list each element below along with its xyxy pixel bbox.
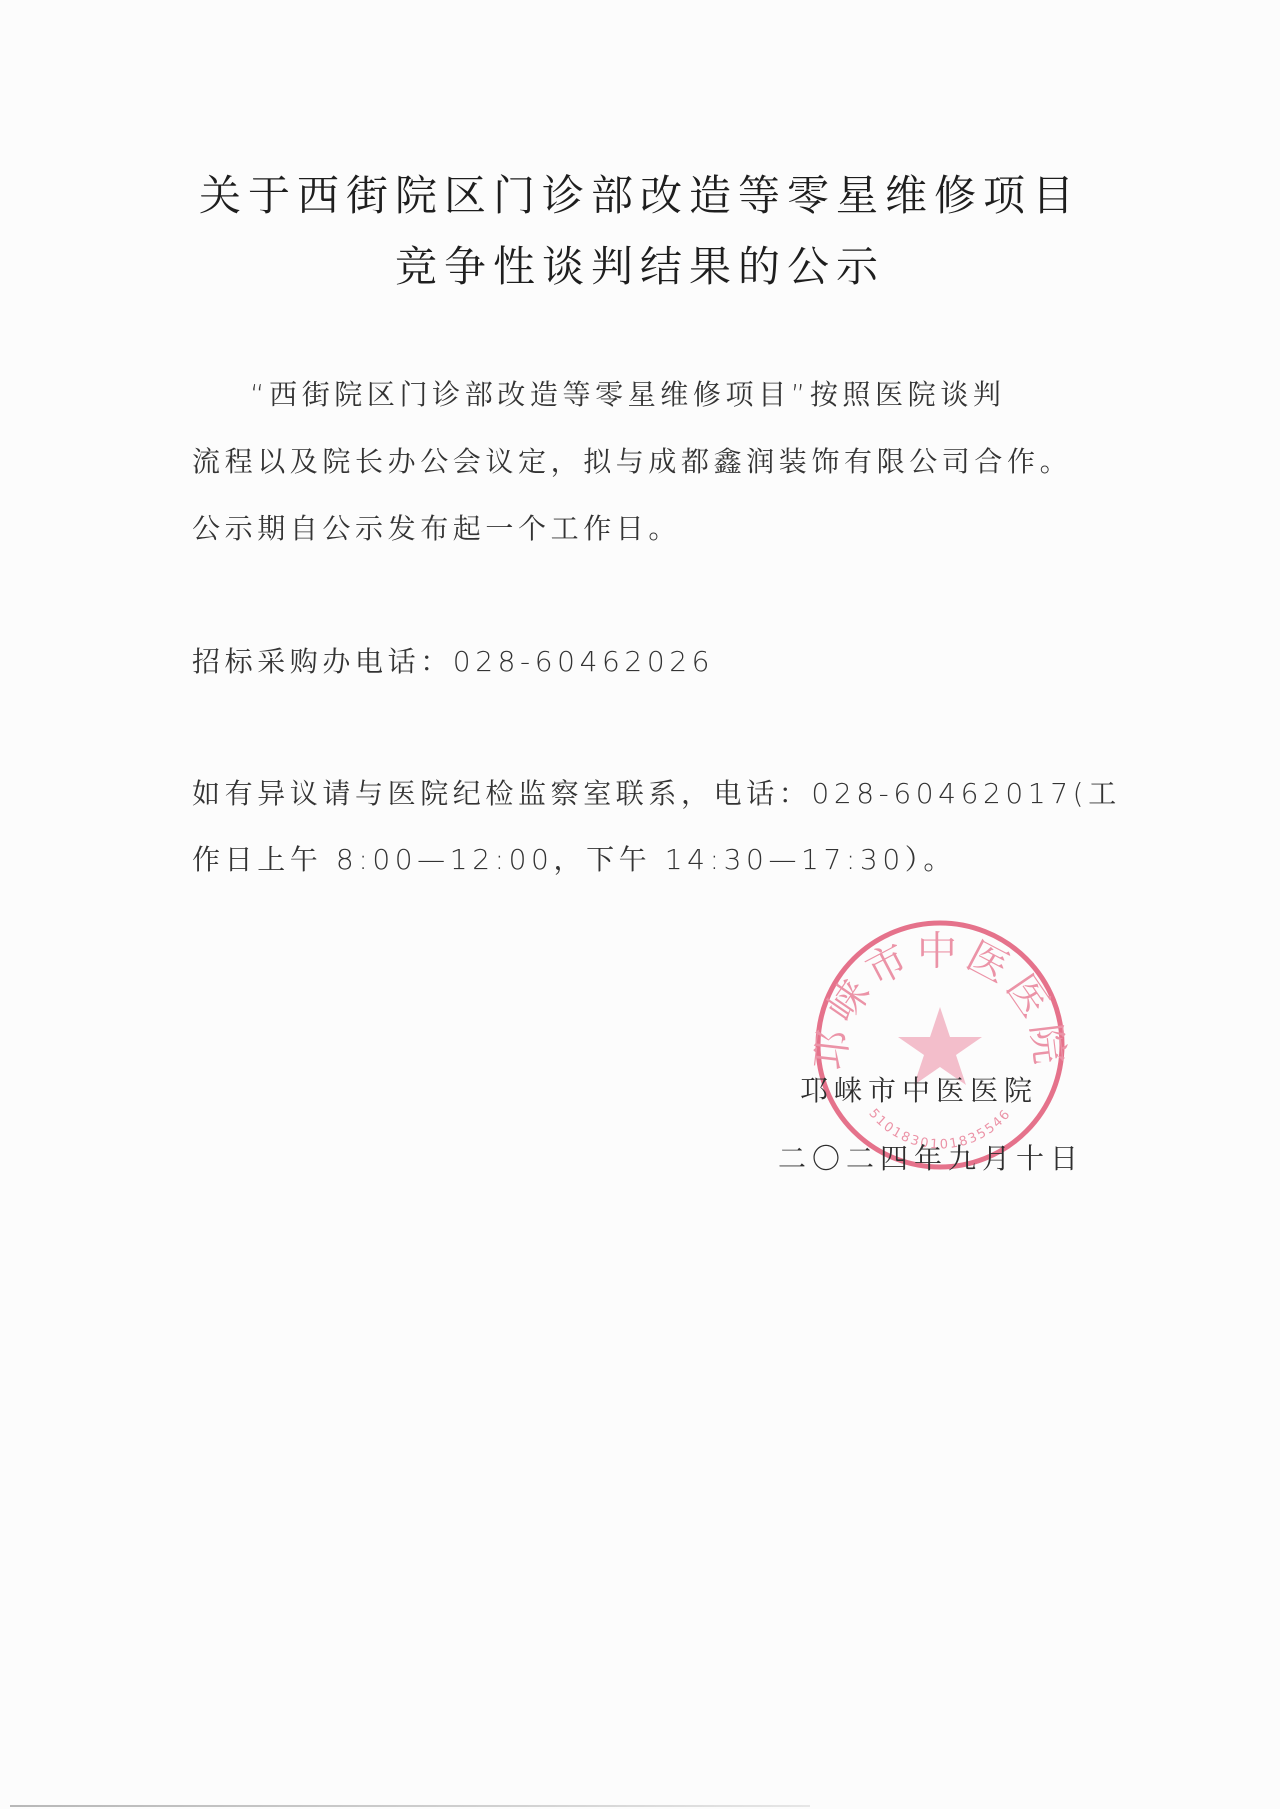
document-page: 关于西街院区门诊部改造等零星维修项目 竞争性谈判结果的公示 “西街院区门诊部改造… — [0, 0, 1280, 1809]
scan-edge-divider — [10, 1805, 810, 1807]
title-line-2: 竞争性谈判结果的公示 — [0, 234, 1280, 294]
signature-organization: 邛崃市中医医院 — [800, 1069, 1038, 1109]
objection-contact-line-2: 作日上午 8:00—12:00，下午 14:30—17:30）。 — [192, 838, 956, 878]
paragraph-1-line-3: 公示期自公示发布起一个工作日。 — [192, 507, 681, 547]
signature-date: 二〇二四年九月十日 — [778, 1137, 1084, 1177]
objection-contact-line-1: 如有异议请与医院纪检监察室联系，电话：028-60462017(工 — [192, 772, 1121, 812]
paragraph-1-line-2: 流程以及院长办公会议定，拟与成都鑫润装饰有限公司合作。 — [192, 440, 1072, 480]
paragraph-1-line-1: “西街院区门诊部改造等零星维修项目”按照医院谈判 — [250, 373, 1005, 413]
procurement-contact: 招标采购办电话：028-60462026 — [192, 640, 714, 680]
official-seal-stamp-icon: 邛崃市中医医院 5101830101835546 — [810, 915, 1070, 1175]
title-line-1: 关于西街院区门诊部改造等零星维修项目 — [0, 163, 1280, 223]
